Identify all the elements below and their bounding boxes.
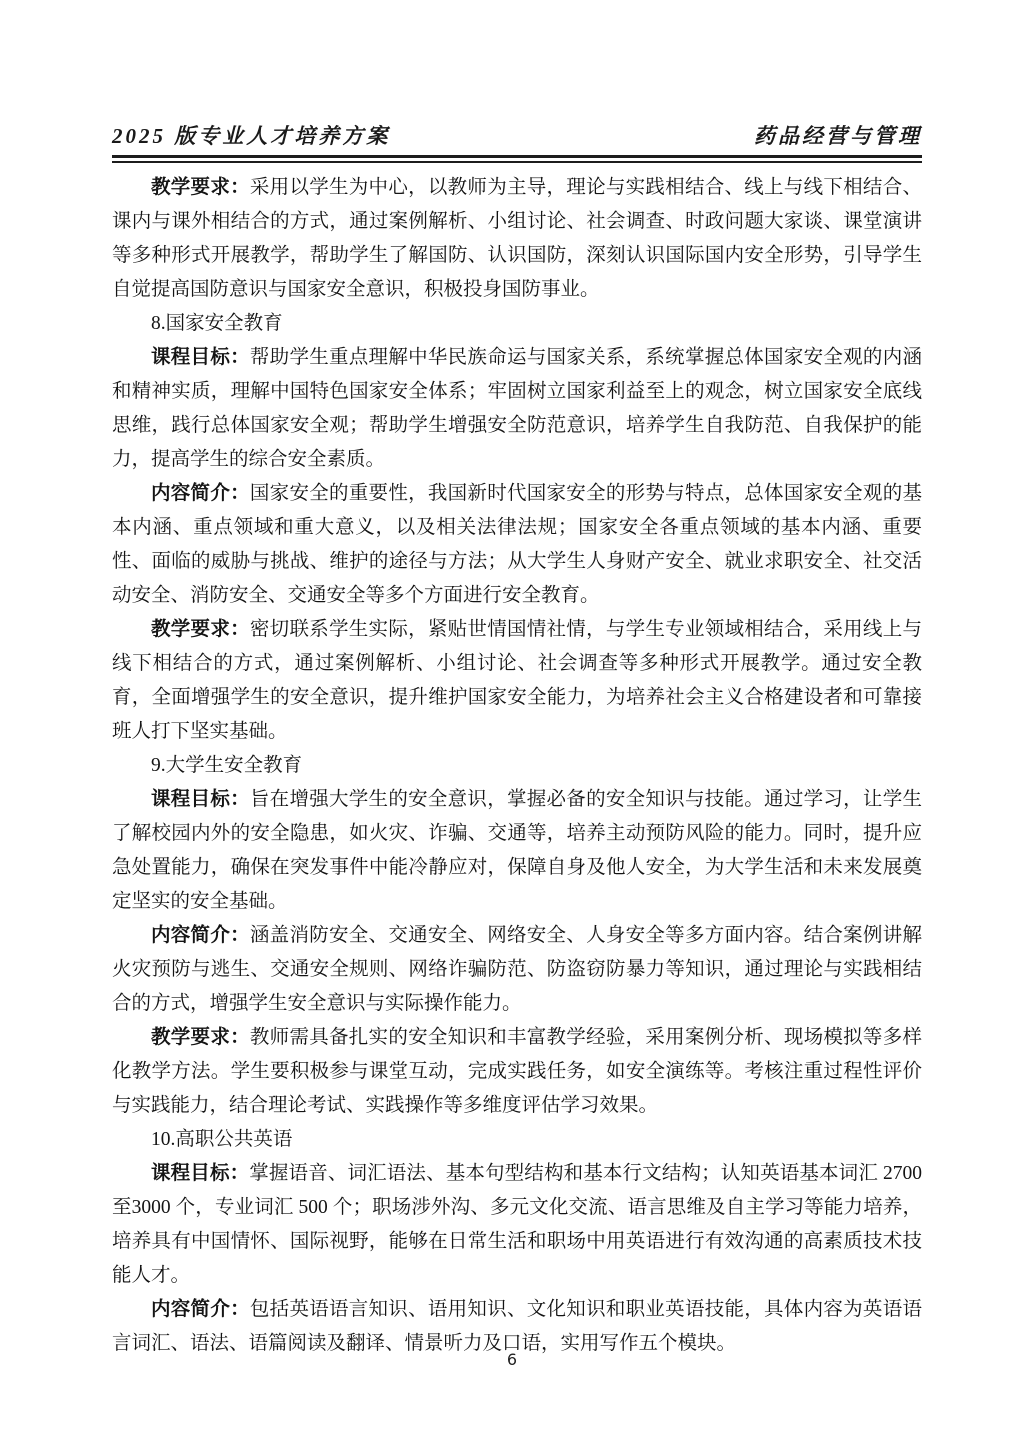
paragraph-teaching-requirements-defense: 教学要求：采用以学生为中心，以教师为主导，理论与实践相结合、线上与线下相结合、课… [112, 171, 922, 307]
document-page: 2025 版专业人才培养方案 药品经营与管理 教学要求：采用以学生为中心，以教师… [0, 0, 1024, 1448]
paragraph-teaching-requirements-national-security: 教学要求：密切联系学生实际，紧贴世情国情社情，与学生专业领域相结合，采用线上与线… [112, 613, 922, 749]
section-heading-10-public-english: 10.高职公共英语 [112, 1123, 922, 1157]
paragraph-label: 课程目标： [151, 1163, 249, 1184]
paragraph-label: 课程目标： [151, 789, 250, 810]
paragraph-label: 内容简介： [151, 925, 250, 946]
document-body: 教学要求：采用以学生为中心，以教师为主导，理论与实践相结合、线上与线下相结合、课… [112, 171, 922, 1361]
header-left-title: 2025 版专业人才培养方案 [112, 120, 390, 150]
paragraph-label: 课程目标： [151, 347, 250, 368]
paragraph-teaching-requirements-college-safety: 教学要求：教师需具备扎实的安全知识和丰富教学经验，采用案例分析、现场模拟等多样化… [112, 1021, 922, 1123]
paragraph-label: 教学要求： [151, 1027, 250, 1048]
paragraph-label: 内容简介： [151, 483, 250, 504]
header-right-title: 药品经营与管理 [754, 120, 922, 150]
paragraph-label: 教学要求： [151, 177, 250, 198]
paragraph-content-intro-national-security: 内容简介：国家安全的重要性，我国新时代国家安全的形势与特点，总体国家安全观的基本… [112, 477, 922, 613]
section-heading-9-college-safety-education: 9.大学生安全教育 [112, 749, 922, 783]
paragraph-content-intro-college-safety: 内容简介：涵盖消防安全、交通安全、网络安全、人身安全等多方面内容。结合案例讲解火… [112, 919, 922, 1021]
page-header: 2025 版专业人才培养方案 药品经营与管理 [112, 120, 922, 163]
header-double-rule [112, 155, 922, 163]
page-header-row: 2025 版专业人才培养方案 药品经营与管理 [112, 120, 922, 155]
paragraph-course-objectives-national-security: 课程目标：帮助学生重点理解中华民族命运与国家关系，系统掌握总体国家安全观的内涵和… [112, 341, 922, 477]
paragraph-course-objectives-public-english: 课程目标：掌握语音、词汇语法、基本句型结构和基本行文结构；认知英语基本词汇 27… [112, 1157, 922, 1293]
paragraph-label: 教学要求： [151, 619, 250, 640]
page-footer: 6 [0, 1350, 1024, 1369]
section-heading-8-national-security-education: 8.国家安全教育 [112, 307, 922, 341]
paragraph-course-objectives-college-safety: 课程目标：旨在增强大学生的安全意识，掌握必备的安全知识与技能。通过学习，让学生了… [112, 783, 922, 919]
paragraph-label: 内容简介： [151, 1299, 250, 1320]
page-number: 6 [507, 1350, 517, 1369]
